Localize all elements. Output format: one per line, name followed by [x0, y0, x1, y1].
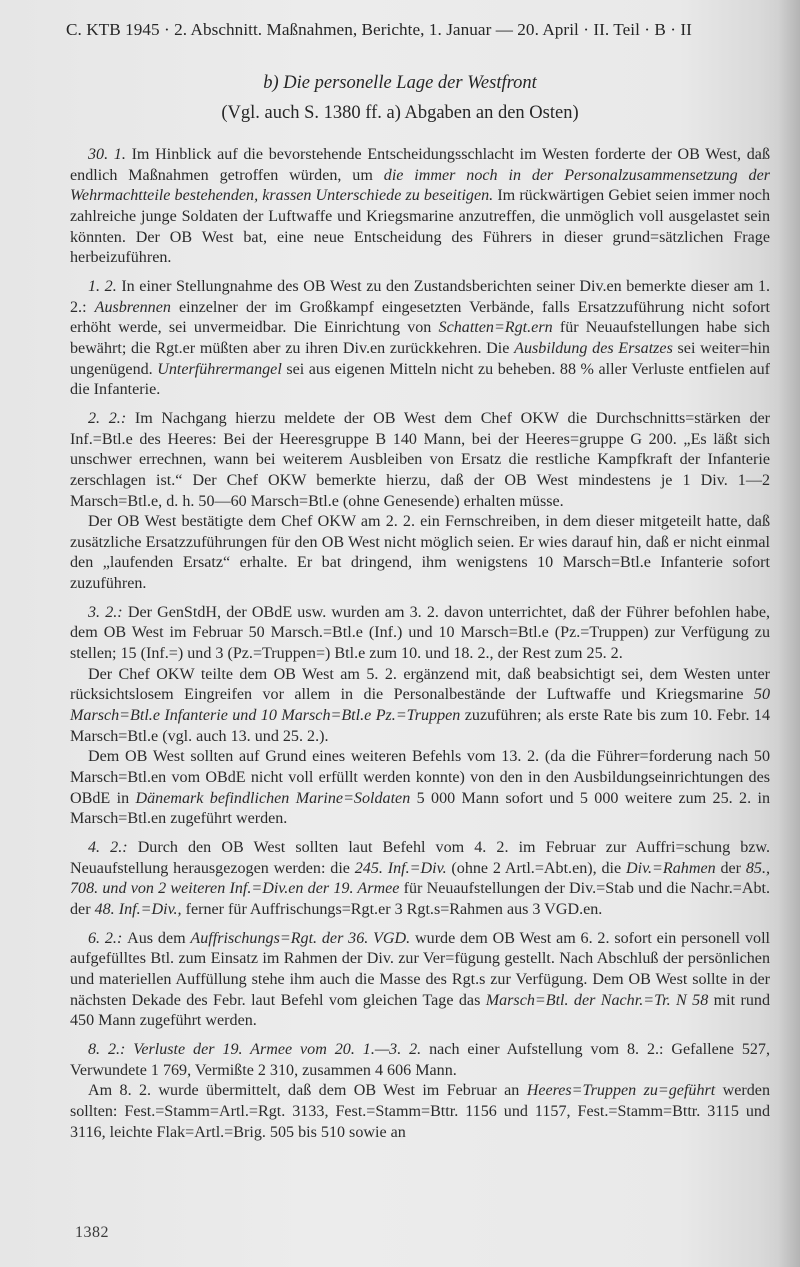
paragraph: Am 8. 2. wurde übermittelt, daß dem OB W… — [70, 1081, 770, 1143]
book-page: C. KTB 1945 · 2. Abschnitt. Maßnahmen, B… — [0, 0, 800, 1267]
text-run: Aus dem — [127, 930, 190, 947]
emphasized-text: 6. 2.: — [88, 930, 127, 947]
paragraph: 8. 2.: Verluste der 19. Armee vom 20. 1.… — [70, 1040, 770, 1081]
emphasized-text: Div.=Rahmen — [626, 860, 716, 877]
paragraph: 6. 2.: Aus dem Auffrischungs=Rgt. der 36… — [70, 929, 770, 1032]
emphasized-text: Unterführermangel — [157, 361, 282, 378]
emphasized-text: 30. 1. — [88, 146, 132, 163]
paragraph: 4. 2.: Durch den OB West sollten laut Be… — [70, 838, 770, 921]
paragraph: 30. 1. Im Hinblick auf die bevorstehende… — [70, 145, 770, 269]
running-head: C. KTB 1945 · 2. Abschnitt. Maßnahmen, B… — [66, 20, 786, 40]
text-run: (ohne 2 Artl.=Abt.en), die — [447, 860, 626, 877]
emphasized-text: Dänemark befindlichen Marine=Soldaten — [135, 790, 410, 807]
text-run: Am 8. 2. wurde übermittelt, daß dem OB W… — [88, 1082, 527, 1099]
emphasized-text: 2. 2.: — [88, 410, 135, 427]
emphasized-text: Auffrischungs=Rgt. der 36. VGD. — [190, 930, 410, 947]
section-subtitle: (Vgl. auch S. 1380 ff. a) Abgaben an den… — [0, 103, 800, 124]
body-text: 30. 1. Im Hinblick auf die bevorstehende… — [70, 145, 770, 1143]
emphasized-text: Schatten=Rgt.ern — [439, 319, 553, 336]
emphasized-text: Ausbildung des Ersatzes — [514, 340, 673, 357]
text-run: Der GenStdH, der OBdE usw. wurden am 3. … — [70, 604, 770, 662]
emphasized-text: 3. 2.: — [88, 604, 128, 621]
paragraph: Der Chef OKW teilte dem OB West am 5. 2.… — [70, 665, 770, 748]
text-run: ferner für Auffrischungs=Rgt.er 3 Rgt.s=… — [182, 901, 603, 918]
emphasized-text: 8. 2.: Verluste der 19. Armee vom 20. 1.… — [88, 1041, 421, 1058]
emphasized-text: Marsch=Btl. der Nachr.=Tr. N 58 — [486, 992, 709, 1009]
section-title: b) Die personelle Lage der Westfront — [0, 73, 800, 94]
emphasized-text: 4. 2.: — [88, 839, 138, 856]
emphasized-text: 1. 2. — [88, 278, 121, 295]
text-run: der — [716, 860, 746, 877]
paragraph: 3. 2.: Der GenStdH, der OBdE usw. wurden… — [70, 603, 770, 665]
emphasized-text: Heeres=Truppen zu=geführt — [527, 1082, 716, 1099]
paragraph: 2. 2.: Im Nachgang hierzu meldete der OB… — [70, 409, 770, 512]
emphasized-text: 48. Inf.=Div., — [95, 901, 182, 918]
paragraph: 1. 2. In einer Stellungnahme des OB West… — [70, 277, 770, 401]
emphasized-text: 245. Inf.=Div. — [355, 860, 447, 877]
page-edge-shadow — [778, 0, 800, 1267]
page-number: 1382 — [75, 1224, 109, 1242]
emphasized-text: Ausbrennen — [95, 299, 171, 316]
text-run: Der Chef OKW teilte dem OB West am 5. 2.… — [70, 666, 770, 704]
paragraph: Dem OB West sollten auf Grund eines weit… — [70, 747, 770, 830]
text-run: Der OB West bestätigte dem Chef OKW am 2… — [70, 513, 770, 592]
paragraph: Der OB West bestätigte dem Chef OKW am 2… — [70, 512, 770, 595]
text-run: Im Nachgang hierzu meldete der OB West d… — [70, 410, 770, 510]
